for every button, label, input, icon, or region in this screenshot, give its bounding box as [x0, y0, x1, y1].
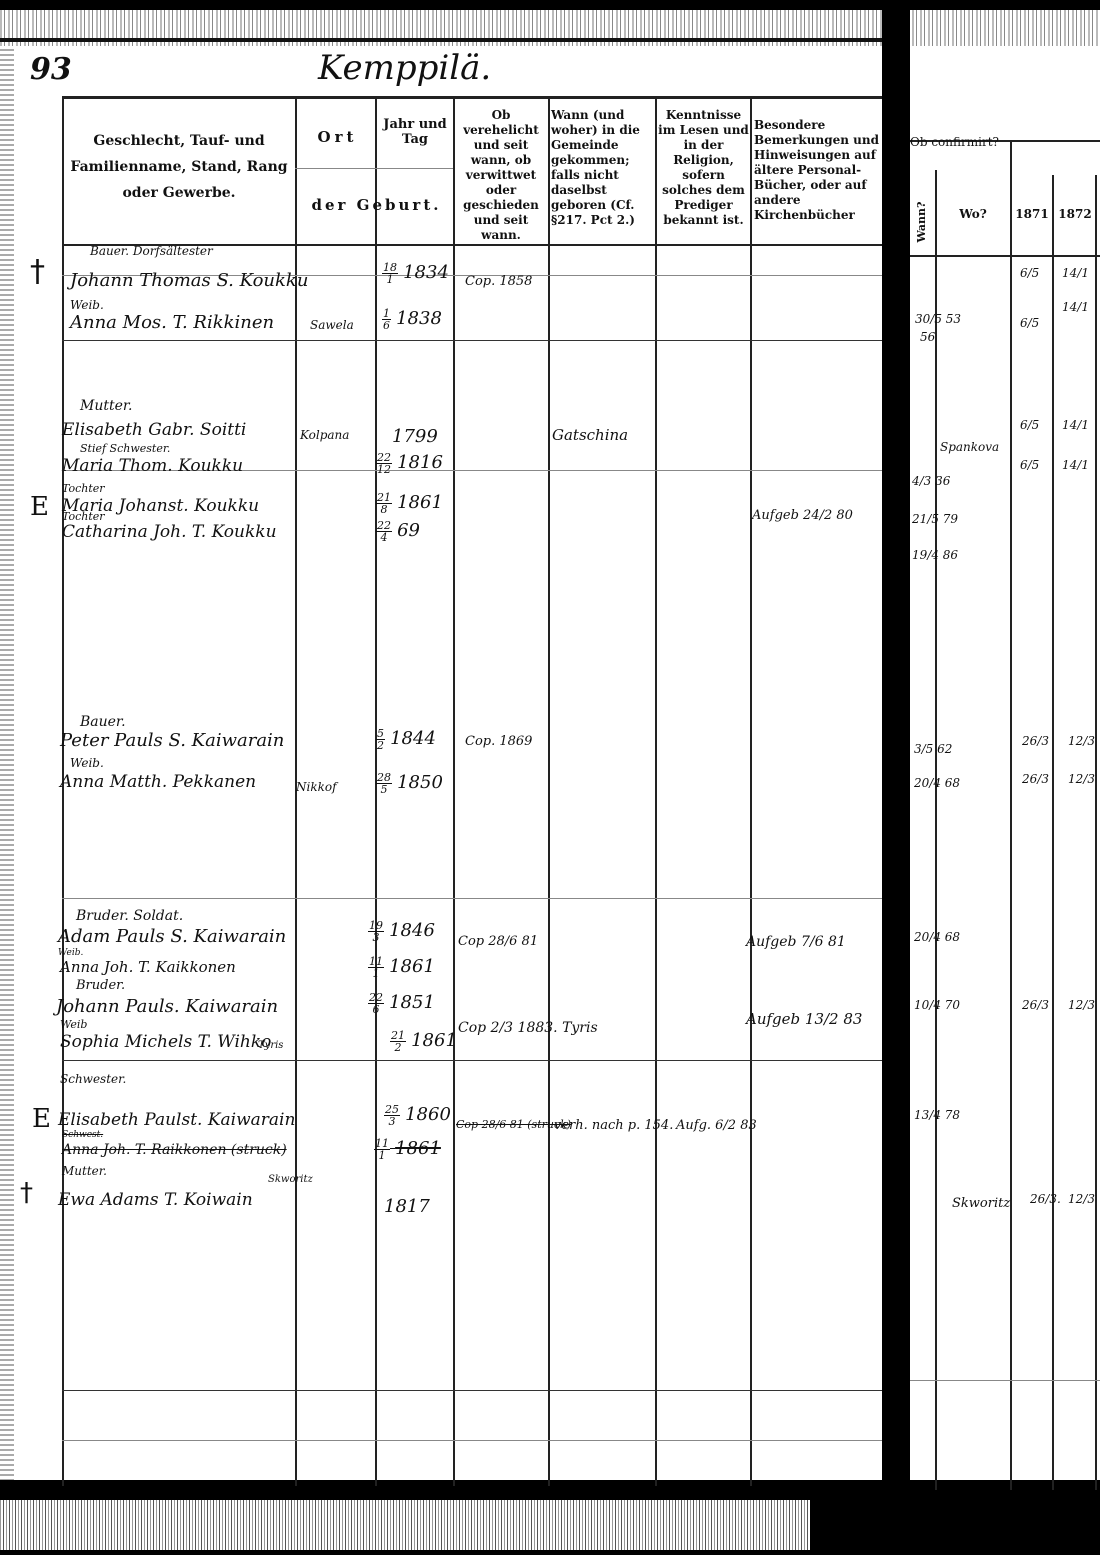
entry-title: Weib	[60, 1018, 87, 1031]
header-moved-in: Wann (und woher) in die Gemeinde gekomme…	[551, 108, 654, 228]
birth-date: 193 1846	[368, 920, 435, 943]
entry-title: Bruder. Soldat.	[76, 908, 183, 924]
moved-in-from: Gatschina	[552, 426, 628, 444]
header-confirmed: Ob confirmirt?	[910, 135, 1010, 150]
married-info: Cop 2/3 1883. Tyris	[458, 1020, 598, 1036]
row-separator	[62, 898, 882, 899]
header-geburt: der Geburt.	[300, 198, 453, 213]
entry-name: Ewa Adams T. Koiwain	[58, 1190, 253, 1210]
confirmed-1872: 14/1	[1062, 266, 1089, 280]
entry-title: Bruder.	[76, 978, 125, 993]
col-line-1871	[1052, 175, 1054, 1490]
header-ort: Ort	[300, 130, 375, 145]
birth-date: 111 1861	[374, 1138, 441, 1161]
married-info: Cop 28/6 81	[458, 934, 538, 949]
entry-title: Mutter.	[80, 398, 133, 414]
birth-date: 218 1861	[376, 492, 443, 515]
confirmed-1872: 12/3	[1068, 1192, 1095, 1206]
row-separator	[62, 1440, 882, 1441]
entry-name: Johann Pauls. Kaiwarain	[56, 996, 278, 1017]
entry-title: Tochter	[62, 482, 105, 495]
entry-title: Schwest.	[62, 1130, 103, 1140]
col-line-married	[548, 96, 550, 1486]
birth-date: 111 1861	[368, 956, 435, 979]
confirmed-wann: 20/4 68	[914, 930, 960, 944]
right-header-bottom	[910, 255, 1100, 257]
header-wo: Wo?	[937, 207, 1009, 222]
page-number: 93	[30, 52, 72, 87]
birth-date: 52 1844	[376, 728, 436, 751]
confirmed-1872: 12/3	[1068, 998, 1095, 1012]
entry-title: Schwester.	[60, 1072, 126, 1086]
birth-year: 1799	[392, 426, 438, 447]
birth-date: 2212 1816	[376, 452, 443, 475]
col-line-knowledge	[750, 96, 752, 1486]
birth-date: 285 1850	[376, 772, 443, 795]
deceased-cross-mark: †	[30, 254, 45, 289]
deceased-cross-mark: †	[20, 1178, 33, 1208]
confirmed-wann: 10/4 70	[914, 998, 960, 1012]
entry-title: Weib.	[70, 298, 104, 312]
parish-title: Kemppilä.	[318, 48, 491, 88]
married-info: Cop. 1869	[465, 734, 532, 749]
header-year-1871: 1871	[1012, 207, 1052, 222]
confirmed-wo: Spankova	[940, 440, 999, 454]
header-knowledge: Kenntnisse im Lesen und in der Religion,…	[658, 108, 749, 228]
confirmed-wann: 4/3 36	[912, 474, 950, 488]
binding-gutter	[882, 0, 910, 1555]
entry-name: Sophia Michels T. Wihko	[60, 1032, 271, 1052]
col-line-1872	[1095, 175, 1097, 1490]
confirmed-wann: 3/5 62	[914, 742, 952, 756]
confirmed-wann: 21/5 79	[912, 512, 958, 526]
entry-name: Elisabeth Paulst. Kaiwarain	[58, 1110, 295, 1130]
header-wann: Wann?	[914, 192, 929, 252]
col-line-wo	[1010, 140, 1012, 1490]
scan-bottom-noise	[0, 1500, 810, 1550]
confirmed-1871: 26/3	[1022, 772, 1049, 786]
confirmed-1871: 26/3.	[1030, 1192, 1061, 1206]
entry-name: Anna Matth. Pekkanen	[60, 772, 256, 792]
confirmed-1871: 6/5	[1020, 316, 1039, 330]
birth-date: 224 69	[376, 520, 420, 543]
married-info: Cop. 1858	[465, 274, 532, 289]
birth-place: Tyris	[258, 1040, 283, 1051]
ort-jahr-divider	[295, 168, 453, 169]
confirmed-1871: 6/5	[1020, 418, 1039, 432]
remarks: Aufgeb 7/6 81	[746, 934, 846, 950]
confirmed-wann: 56	[920, 330, 935, 344]
entry-name: Adam Pauls S. Kaiwarain	[58, 926, 286, 947]
birth-date: 181 1834	[382, 262, 449, 285]
confirmed-1871: 6/5	[1020, 266, 1039, 280]
entry-name-struck: Anna Joh. T. Raikkonen (struck)	[62, 1142, 287, 1158]
confirmed-wo: Skworitz	[952, 1196, 1010, 1211]
entry-name: Maria Thom. Koukku	[62, 456, 243, 476]
entry-name: Anna Mos. T. Rikkinen	[70, 312, 274, 333]
scan-left-edge	[0, 46, 14, 1486]
remarks: Aufg. 6/2 83	[676, 1118, 757, 1133]
confirmed-1872: 12/3	[1068, 772, 1095, 786]
confirmed-1872: 14/1	[1062, 418, 1089, 432]
header-name: Geschlecht, Tauf- und Familienname, Stan…	[68, 128, 290, 206]
confirmed-1871: 6/5	[1020, 458, 1039, 472]
confirmed-wann: 30/5 53	[915, 312, 961, 326]
birth-date: 16 1838	[382, 308, 442, 331]
header-married: Ob verehelicht und seit wann, ob verwitt…	[456, 108, 546, 243]
col-line-jahr	[453, 96, 455, 1486]
entry-title: Mutter.	[62, 1164, 107, 1178]
entry-name: Peter Pauls S. Kaiwarain	[60, 730, 284, 751]
col-line-wann	[935, 170, 937, 1490]
header-year-1872: 1872	[1054, 207, 1096, 222]
margin-mark-e: E	[30, 492, 49, 522]
entry-name: Catharina Joh. T. Koukku	[62, 522, 277, 542]
header-remarks: Besondere Bemerkungen und Hinweisungen a…	[754, 118, 880, 223]
row-separator	[62, 340, 882, 341]
confirmed-1871: 26/3	[1022, 998, 1049, 1012]
birth-date: 253 1860	[384, 1104, 451, 1127]
birth-date: 212 1861	[390, 1030, 457, 1053]
birth-place: Sawela	[310, 318, 354, 332]
entry-name: Elisabeth Gabr. Soitti	[62, 420, 246, 440]
confirmed-1872: 12/3	[1068, 734, 1095, 748]
scan-top-shadow	[0, 0, 1100, 10]
header-jahr: Jahr und Tag	[378, 117, 452, 147]
birth-place: Kolpana	[300, 428, 349, 442]
remarks: Aufgeb 13/2 83	[746, 1010, 862, 1028]
row-separator	[62, 1390, 882, 1391]
margin-mark-e: E	[32, 1104, 51, 1134]
row-separator	[62, 1060, 882, 1061]
confirmed-1872: 14/1	[1062, 458, 1089, 472]
confirmed-1872: 14/1	[1062, 300, 1089, 314]
entry-name: Anna Joh. T. Kaikkonen	[60, 958, 236, 976]
confirmed-1871: 26/3	[1022, 734, 1049, 748]
birth-place: Nikkof	[296, 780, 337, 794]
entry-title: Bauer. Dorfsältester	[90, 244, 213, 258]
confirmed-wann: 13/4 78	[914, 1108, 960, 1122]
entry-title: Weib.	[58, 948, 83, 958]
page-top-edge	[0, 38, 900, 42]
entry-title: Weib.	[70, 756, 104, 770]
row-separator	[910, 1380, 1100, 1381]
remarks: Aufgeb 24/2 80	[752, 508, 853, 523]
birth-place: Skworitz	[268, 1174, 313, 1185]
confirmed-wann: 20/4 68	[914, 776, 960, 790]
entry-title: Bauer.	[80, 714, 126, 730]
confirmed-wann: 19/4 86	[912, 548, 958, 562]
col-line-moved	[655, 96, 657, 1486]
entry-name: Johann Thomas S. Koukku	[70, 270, 308, 291]
moved-out-note: verh. nach p. 154.	[554, 1118, 673, 1133]
table-top-border	[62, 96, 882, 99]
entry-title: Stief Schwester.	[80, 442, 170, 455]
birth-year: 1817	[384, 1196, 430, 1217]
birth-date: 226 1851	[368, 992, 435, 1015]
